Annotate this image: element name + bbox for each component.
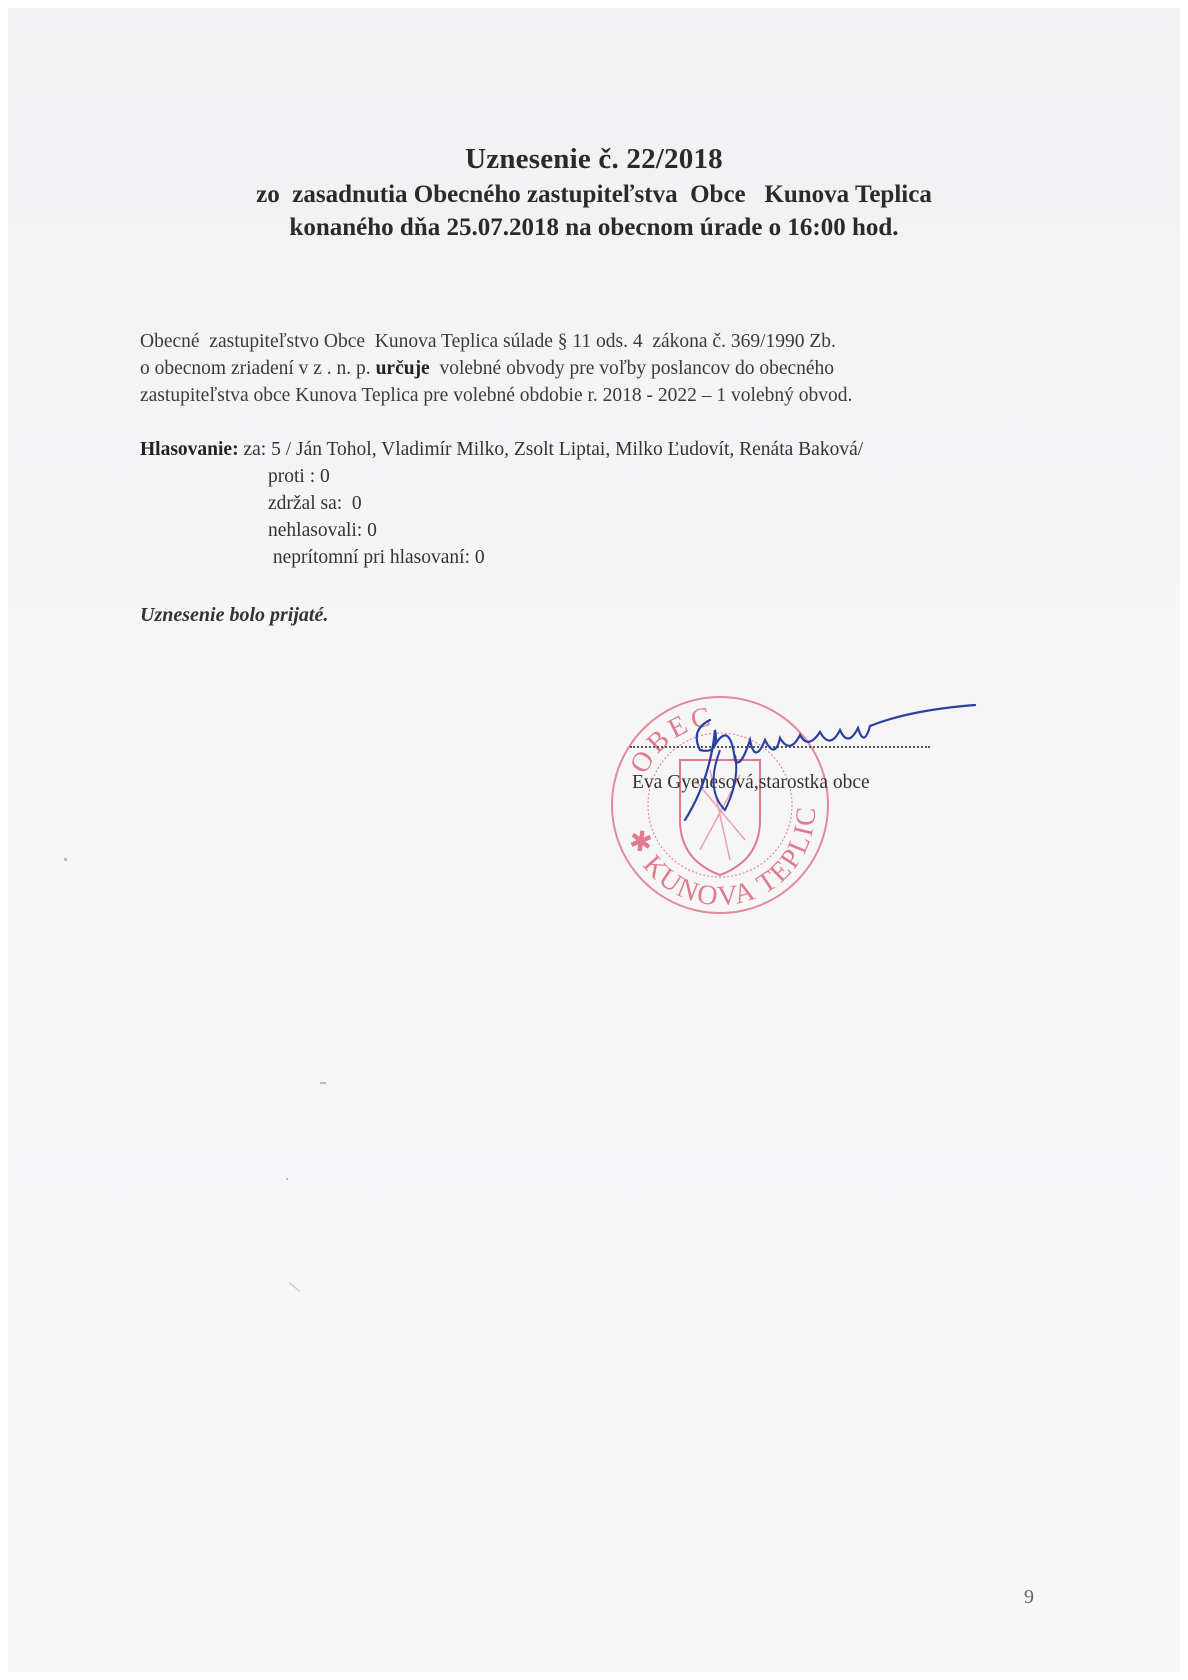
document-header: Uznesenie č. 22/2018 zo zasadnutia Obecn… [0,140,1188,244]
handwritten-signature-icon [680,700,980,830]
voting-section: Hlasovanie: za: 5 / Ján Tohol, Vladimír … [140,436,863,571]
meeting-line: zo zasadnutia Obecného zastupiteľstva Ob… [0,178,1188,211]
resolution-title: Uznesenie č. 22/2018 [0,140,1188,178]
body-line-1: Obecné zastupiteľstvo Obce Kunova Teplic… [140,328,852,355]
body-line-2: o obecnom zriadení v z . n. p. určuje vo… [140,355,852,382]
vote-abstained: zdržal sa: 0 [140,490,863,517]
vote-against: proti : 0 [140,463,863,490]
resolution-result: Uznesenie bolo prijaté. [140,604,328,627]
vote-absent: neprítomní pri hlasovaní: 0 [140,544,863,571]
body-line-3: zastupiteľstva obce Kunova Teplica pre v… [140,382,852,409]
scanned-page [8,8,1180,1672]
vote-for-line: Hlasovanie: za: 5 / Ján Tohol, Vladimír … [140,436,863,463]
page-number: 9 [1024,1586,1034,1609]
resolution-body: Obecné zastupiteľstvo Obce Kunova Teplic… [140,328,852,409]
keyword-urcuje: určuje [376,358,430,379]
meeting-date-line: konaného dňa 25.07.2018 na obecnom úrade… [0,211,1188,244]
voting-label: Hlasovanie: [140,439,239,460]
vote-not-voted: nehlasovali: 0 [140,517,863,544]
